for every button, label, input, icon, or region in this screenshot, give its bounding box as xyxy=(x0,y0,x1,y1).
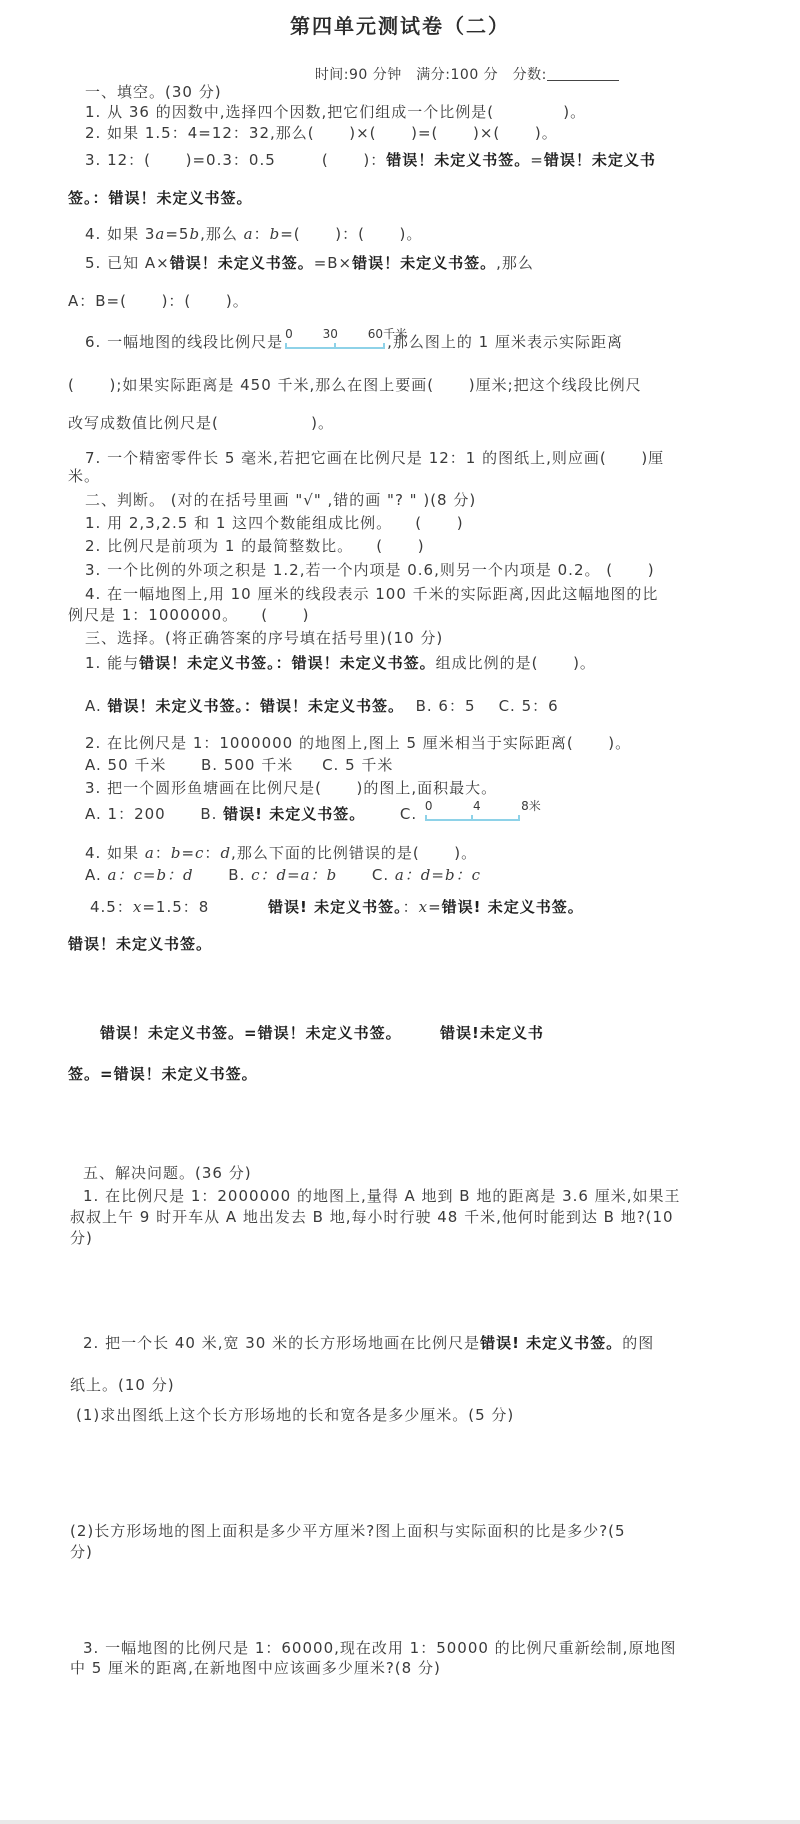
text-segment: 7. 一个精密零件长 5 毫米,若把它画在比例尺是 12：1 的图纸上,则应画(… xyxy=(85,449,664,467)
text-segment: 例尺是 1：1000000。 ( ) xyxy=(68,606,310,624)
text-line: 例尺是 1：1000000。 ( ) xyxy=(68,605,310,625)
math-variable: a：c=b：d xyxy=(108,866,194,884)
math-variable: a xyxy=(244,225,254,243)
meta-text: 时间:90 分钟 满分:100 分 分数: xyxy=(315,67,547,83)
text-segment: 分) xyxy=(70,1229,93,1247)
text-segment: 一、填空。(30 分) xyxy=(85,83,222,101)
text-segment: 改写成数值比例尺是( )。 xyxy=(68,414,334,432)
scale-bar-label: 0 xyxy=(425,800,433,812)
text-line: 三、选择。(将正确答案的序号填在括号里)(10 分) xyxy=(85,628,443,648)
text-line: 4. 如果 3a=5b,那么 a：b=( )：( )。 xyxy=(85,224,422,244)
text-segment: =5 xyxy=(165,225,189,243)
text-line: 二、判断。 (对的在括号里画 "√" ,错的画 "? " )(8 分) xyxy=(85,490,476,510)
math-variable: d xyxy=(220,844,231,862)
text-segment: 4. 在一幅地图上,用 10 厘米的线段表示 100 千米的实际距离,因此这幅地… xyxy=(85,585,658,603)
text-segment: ( );如果实际距离是 450 千米,那么在图上要画( )厘米;把这个线段比例尺 xyxy=(68,376,642,394)
text-line: 中 5 厘米的距离,在新地图中应该画多少厘米?(8 分) xyxy=(70,1658,441,1678)
text-segment: 3. 一个比例的外项之积是 1.2,若一个内项是 0.6,则另一个内项是 0.2… xyxy=(85,561,655,579)
text-line: 分) xyxy=(70,1542,93,1562)
scale-bar-labels: 03060千米 xyxy=(285,328,407,340)
math-variable: b xyxy=(189,225,200,243)
text-line: 3. 一个比例的外项之积是 1.2,若一个内项是 0.6,则另一个内项是 0.2… xyxy=(85,560,655,580)
text-line: 签。：错误！未定义书签。 xyxy=(68,188,253,208)
text-line: 6. 一幅地图的线段比例尺是03060千米,那么图上的 1 厘米表示实际距离 xyxy=(85,330,623,352)
text-segment: =B× xyxy=(314,254,352,272)
scale-bar-line xyxy=(285,341,385,349)
text-segment: ： xyxy=(155,844,171,862)
math-variable: x xyxy=(133,898,142,916)
text-line: A：B=( )：( )。 xyxy=(68,291,249,311)
text-segment: B. xyxy=(194,866,251,884)
test-paper-page: 第四单元测试卷（二） 时间:90 分钟 满分:100 分 分数: 一、填空。(3… xyxy=(0,0,800,1824)
text-line: ( );如果实际距离是 450 千米,那么在图上要画( )厘米;把这个线段比例尺 xyxy=(68,375,642,395)
text-line: 7. 一个精密零件长 5 毫米,若把它画在比例尺是 12：1 的图纸上,则应画(… xyxy=(85,448,664,468)
text-segment: ,那么 xyxy=(200,225,244,243)
text-segment: A：B=( )：( )。 xyxy=(68,292,249,310)
text-line: 分) xyxy=(70,1228,93,1248)
text-segment: 五、解决问题。(36 分) xyxy=(83,1164,252,1182)
error-bookmark-text: 签。=错误！未定义书签。 xyxy=(68,1065,258,1083)
text-segment: (2)长方形场地的图上面积是多少平方厘米?图上面积与实际面积的比是多少?(5 xyxy=(70,1522,626,1540)
text-segment: ： xyxy=(204,844,220,862)
text-line: 错误! 未定义书签。：x=错误! 未定义书签。 xyxy=(268,897,584,917)
text-segment: =( )：( )。 xyxy=(280,225,422,243)
scale-bar-label: 8米 xyxy=(521,800,541,812)
scale-bar-label: 0 xyxy=(285,328,293,340)
text-line: 4. 在一幅地图上,用 10 厘米的线段表示 100 千米的实际距离,因此这幅地… xyxy=(85,584,658,604)
text-segment: 三、选择。(将正确答案的序号填在括号里)(10 分) xyxy=(85,629,443,647)
text-line: A. 错误！未定义书签。：错误！未定义书签。 B. 6：5 C. 5：6 xyxy=(85,696,559,716)
meta-line: 时间:90 分钟 满分:100 分 分数: xyxy=(295,45,619,105)
error-bookmark-text: 错误！未定义书签。 xyxy=(352,254,496,272)
text-segment: 6. 一幅地图的线段比例尺是 xyxy=(85,333,283,351)
math-variable: c xyxy=(195,844,204,862)
text-line: 错误！未定义书签。=错误！未定义书签。 xyxy=(100,1023,402,1043)
text-line: 五、解决问题。(36 分) xyxy=(83,1163,252,1183)
scale-bar-tick xyxy=(471,815,473,821)
text-segment: B. 6：5 C. 5：6 xyxy=(404,697,559,715)
math-variable: c：d=a：b xyxy=(251,866,337,884)
text-segment: 2. 把一个长 40 米,宽 30 米的长方形场地画在比例尺是 xyxy=(83,1334,480,1352)
text-line: 2. 把一个长 40 米,宽 30 米的长方形场地画在比例尺是错误! 未定义书签… xyxy=(83,1333,654,1353)
text-segment: 2. 如果 1.5：4=12：32,那么( )×( )=( )×( )。 xyxy=(85,124,558,142)
text-segment: 4. 如果 3 xyxy=(85,225,155,243)
text-line: 2. 如果 1.5：4=12：32,那么( )×( )=( )×( )。 xyxy=(85,123,558,143)
text-segment: 二、判断。 (对的在括号里画 "√" ,错的画 "? " )(8 分) xyxy=(85,491,476,509)
text-segment: ,那么下面的比例错误的是( )。 xyxy=(231,844,477,862)
math-variable: x xyxy=(419,898,428,916)
text-line: 1. 能与错误！未定义书签。：错误！未定义书签。组成比例的是( )。 xyxy=(85,653,596,673)
page-bottom-edge xyxy=(0,1820,800,1824)
text-segment: 4.5： xyxy=(90,898,133,916)
text-segment: 4. 如果 xyxy=(85,844,145,862)
scale-bar-tick xyxy=(425,815,427,821)
error-bookmark-text: 错误! 未定义书签。 xyxy=(480,1334,622,1352)
math-variable: a xyxy=(155,225,165,243)
text-segment: 5. 已知 A× xyxy=(85,254,170,272)
error-bookmark-text: 错误！未定义书 xyxy=(544,151,656,169)
text-line: 改写成数值比例尺是( )。 xyxy=(68,413,334,433)
error-bookmark-text: 签。：错误！未定义书签。 xyxy=(68,189,253,207)
text-segment: 米。 xyxy=(68,467,100,485)
text-line: 1. 在比例尺是 1：2000000 的地图上,量得 A 地到 B 地的距离是 … xyxy=(83,1186,681,1206)
text-line: 2. 比例尺是前项为 1 的最简整数比。 ( ) xyxy=(85,536,425,556)
text-line: 4. 如果 a：b=c：d,那么下面的比例错误的是( )。 xyxy=(85,843,477,863)
text-segment: =1.5：8 xyxy=(142,898,209,916)
text-line: 1. 从 36 的因数中,选择四个因数,把它们组成一个比例是( )。 xyxy=(85,102,586,122)
text-segment: = xyxy=(181,844,195,862)
text-segment: = xyxy=(428,898,442,916)
text-segment: ： xyxy=(254,225,270,243)
scale-bar-tick xyxy=(383,343,385,349)
text-line: 4.5：x=1.5：8 xyxy=(90,897,209,917)
text-segment: = xyxy=(530,151,544,169)
text-line: 5. 已知 A×错误！未定义书签。=B×错误！未定义书签。,那么 xyxy=(85,253,534,273)
text-line: (1)求出图纸上这个长方形场地的长和宽各是多少厘米。(5 分) xyxy=(76,1405,514,1425)
text-segment: 1. 在比例尺是 1：2000000 的地图上,量得 A 地到 B 地的距离是 … xyxy=(83,1187,681,1205)
text-line: 3. 一幅地图的比例尺是 1：60000,现在改用 1：50000 的比例尺重新… xyxy=(83,1638,676,1658)
error-bookmark-text: 错误! 未定义书签。 xyxy=(268,898,403,916)
text-segment: 1. 能与 xyxy=(85,654,139,672)
text-segment: 叔叔上午 9 时开车从 A 地出发去 B 地,每小时行驶 48 千米,他何时能到… xyxy=(70,1208,674,1226)
scale-bar-label: 60千米 xyxy=(368,328,407,340)
error-bookmark-text: 错误！未定义书签。 xyxy=(170,254,314,272)
text-line: 错误!未定义书 xyxy=(440,1023,544,1043)
text-segment: 中 5 厘米的距离,在新地图中应该画多少厘米?(8 分) xyxy=(70,1659,441,1677)
text-segment: C. xyxy=(365,805,423,823)
scale-bar-figure: 048米 xyxy=(425,802,520,823)
text-segment: 3. 把一个圆形鱼塘画在比例尺是( )的图上,面积最大。 xyxy=(85,779,497,797)
text-segment: ,那么 xyxy=(496,254,534,272)
scale-bar-tick xyxy=(334,343,336,349)
math-variable: a：d=b：c xyxy=(395,866,481,884)
text-segment: ： xyxy=(403,898,419,916)
text-line: A. a：c=b：d B. c：d=a：b C. a：d=b：c xyxy=(85,865,481,885)
math-variable: b xyxy=(270,225,281,243)
text-segment: A. xyxy=(85,697,108,715)
error-bookmark-text: 错误！未定义书签。：错误！未定义书签。 xyxy=(108,697,405,715)
text-line: 1. 用 2,3,2.5 和 1 这四个数能组成比例。 ( ) xyxy=(85,513,464,533)
error-bookmark-text: 错误！未定义书签。 xyxy=(386,151,530,169)
text-segment: 的图 xyxy=(622,1334,654,1352)
scale-bar-labels: 048米 xyxy=(425,800,541,812)
scale-bar-tick xyxy=(285,343,287,349)
text-segment: 纸上。(10 分) xyxy=(70,1376,175,1394)
text-line: 3. 12：( )=0.3：0.5 ( )：错误！未定义书签。=错误！未定义书 xyxy=(85,150,656,170)
text-segment: 2. 比例尺是前项为 1 的最简整数比。 ( ) xyxy=(85,537,425,555)
text-segment: C. xyxy=(337,866,395,884)
text-line: 叔叔上午 9 时开车从 A 地出发去 B 地,每小时行驶 48 千米,他何时能到… xyxy=(70,1207,674,1227)
text-segment: 2. 在比例尺是 1：1000000 的地图上,图上 5 厘米相当于实际距离( … xyxy=(85,734,631,752)
scale-bar-tick xyxy=(518,815,520,821)
text-line: 3. 把一个圆形鱼塘画在比例尺是( )的图上,面积最大。 xyxy=(85,778,497,798)
page-title: 第四单元测试卷（二） xyxy=(0,16,800,36)
text-segment: 1. 从 36 的因数中,选择四个因数,把它们组成一个比例是( )。 xyxy=(85,103,586,121)
math-variable: a xyxy=(145,844,155,862)
text-segment: ,那么图上的 1 厘米表示实际距离 xyxy=(387,333,623,351)
error-bookmark-text: 错误!未定义书 xyxy=(440,1024,544,1042)
text-segment: A. 50 千米 B. 500 千米 C. 5 千米 xyxy=(85,756,393,774)
text-segment: (1)求出图纸上这个长方形场地的长和宽各是多少厘米。(5 分) xyxy=(76,1406,514,1424)
text-line: 签。=错误！未定义书签。 xyxy=(68,1064,258,1084)
error-bookmark-text: 错误！未定义书签。 xyxy=(68,935,212,953)
scale-bar-figure: 03060千米 xyxy=(285,330,385,351)
text-segment: A. xyxy=(85,866,108,884)
text-line: 一、填空。(30 分) xyxy=(85,82,222,102)
error-bookmark-text: 错误！未定义书签。：错误！未定义书签。 xyxy=(139,654,436,672)
error-bookmark-text: 错误! 未定义书签。 xyxy=(223,805,365,823)
scale-bar-label: 4 xyxy=(473,800,481,812)
text-segment: 3. 12：( )=0.3：0.5 ( )： xyxy=(85,151,386,169)
error-bookmark-text: 错误! 未定义书签。 xyxy=(442,898,584,916)
text-line: (2)长方形场地的图上面积是多少平方厘米?图上面积与实际面积的比是多少?(5 xyxy=(70,1521,626,1541)
error-bookmark-text: 错误！未定义书签。=错误！未定义书签。 xyxy=(100,1024,402,1042)
text-line: 错误！未定义书签。 xyxy=(68,934,212,954)
text-segment: 3. 一幅地图的比例尺是 1：60000,现在改用 1：50000 的比例尺重新… xyxy=(83,1639,676,1657)
text-line: 米。 xyxy=(68,466,100,486)
text-segment: 组成比例的是( )。 xyxy=(436,654,596,672)
math-variable: b xyxy=(171,844,182,862)
text-line: 纸上。(10 分) xyxy=(70,1375,175,1395)
scale-bar-label: 30 xyxy=(323,328,338,340)
scale-bar-line xyxy=(425,813,520,821)
text-line: A. 1：200 B. 错误! 未定义书签。 C. 048米 xyxy=(85,802,522,824)
text-line: A. 50 千米 B. 500 千米 C. 5 千米 xyxy=(85,755,393,775)
text-segment: A. 1：200 B. xyxy=(85,805,223,823)
text-segment: 分) xyxy=(70,1543,93,1561)
text-segment: 1. 用 2,3,2.5 和 1 这四个数能组成比例。 ( ) xyxy=(85,514,464,532)
text-line: 2. 在比例尺是 1：1000000 的地图上,图上 5 厘米相当于实际距离( … xyxy=(85,733,631,753)
score-blank xyxy=(547,65,619,81)
